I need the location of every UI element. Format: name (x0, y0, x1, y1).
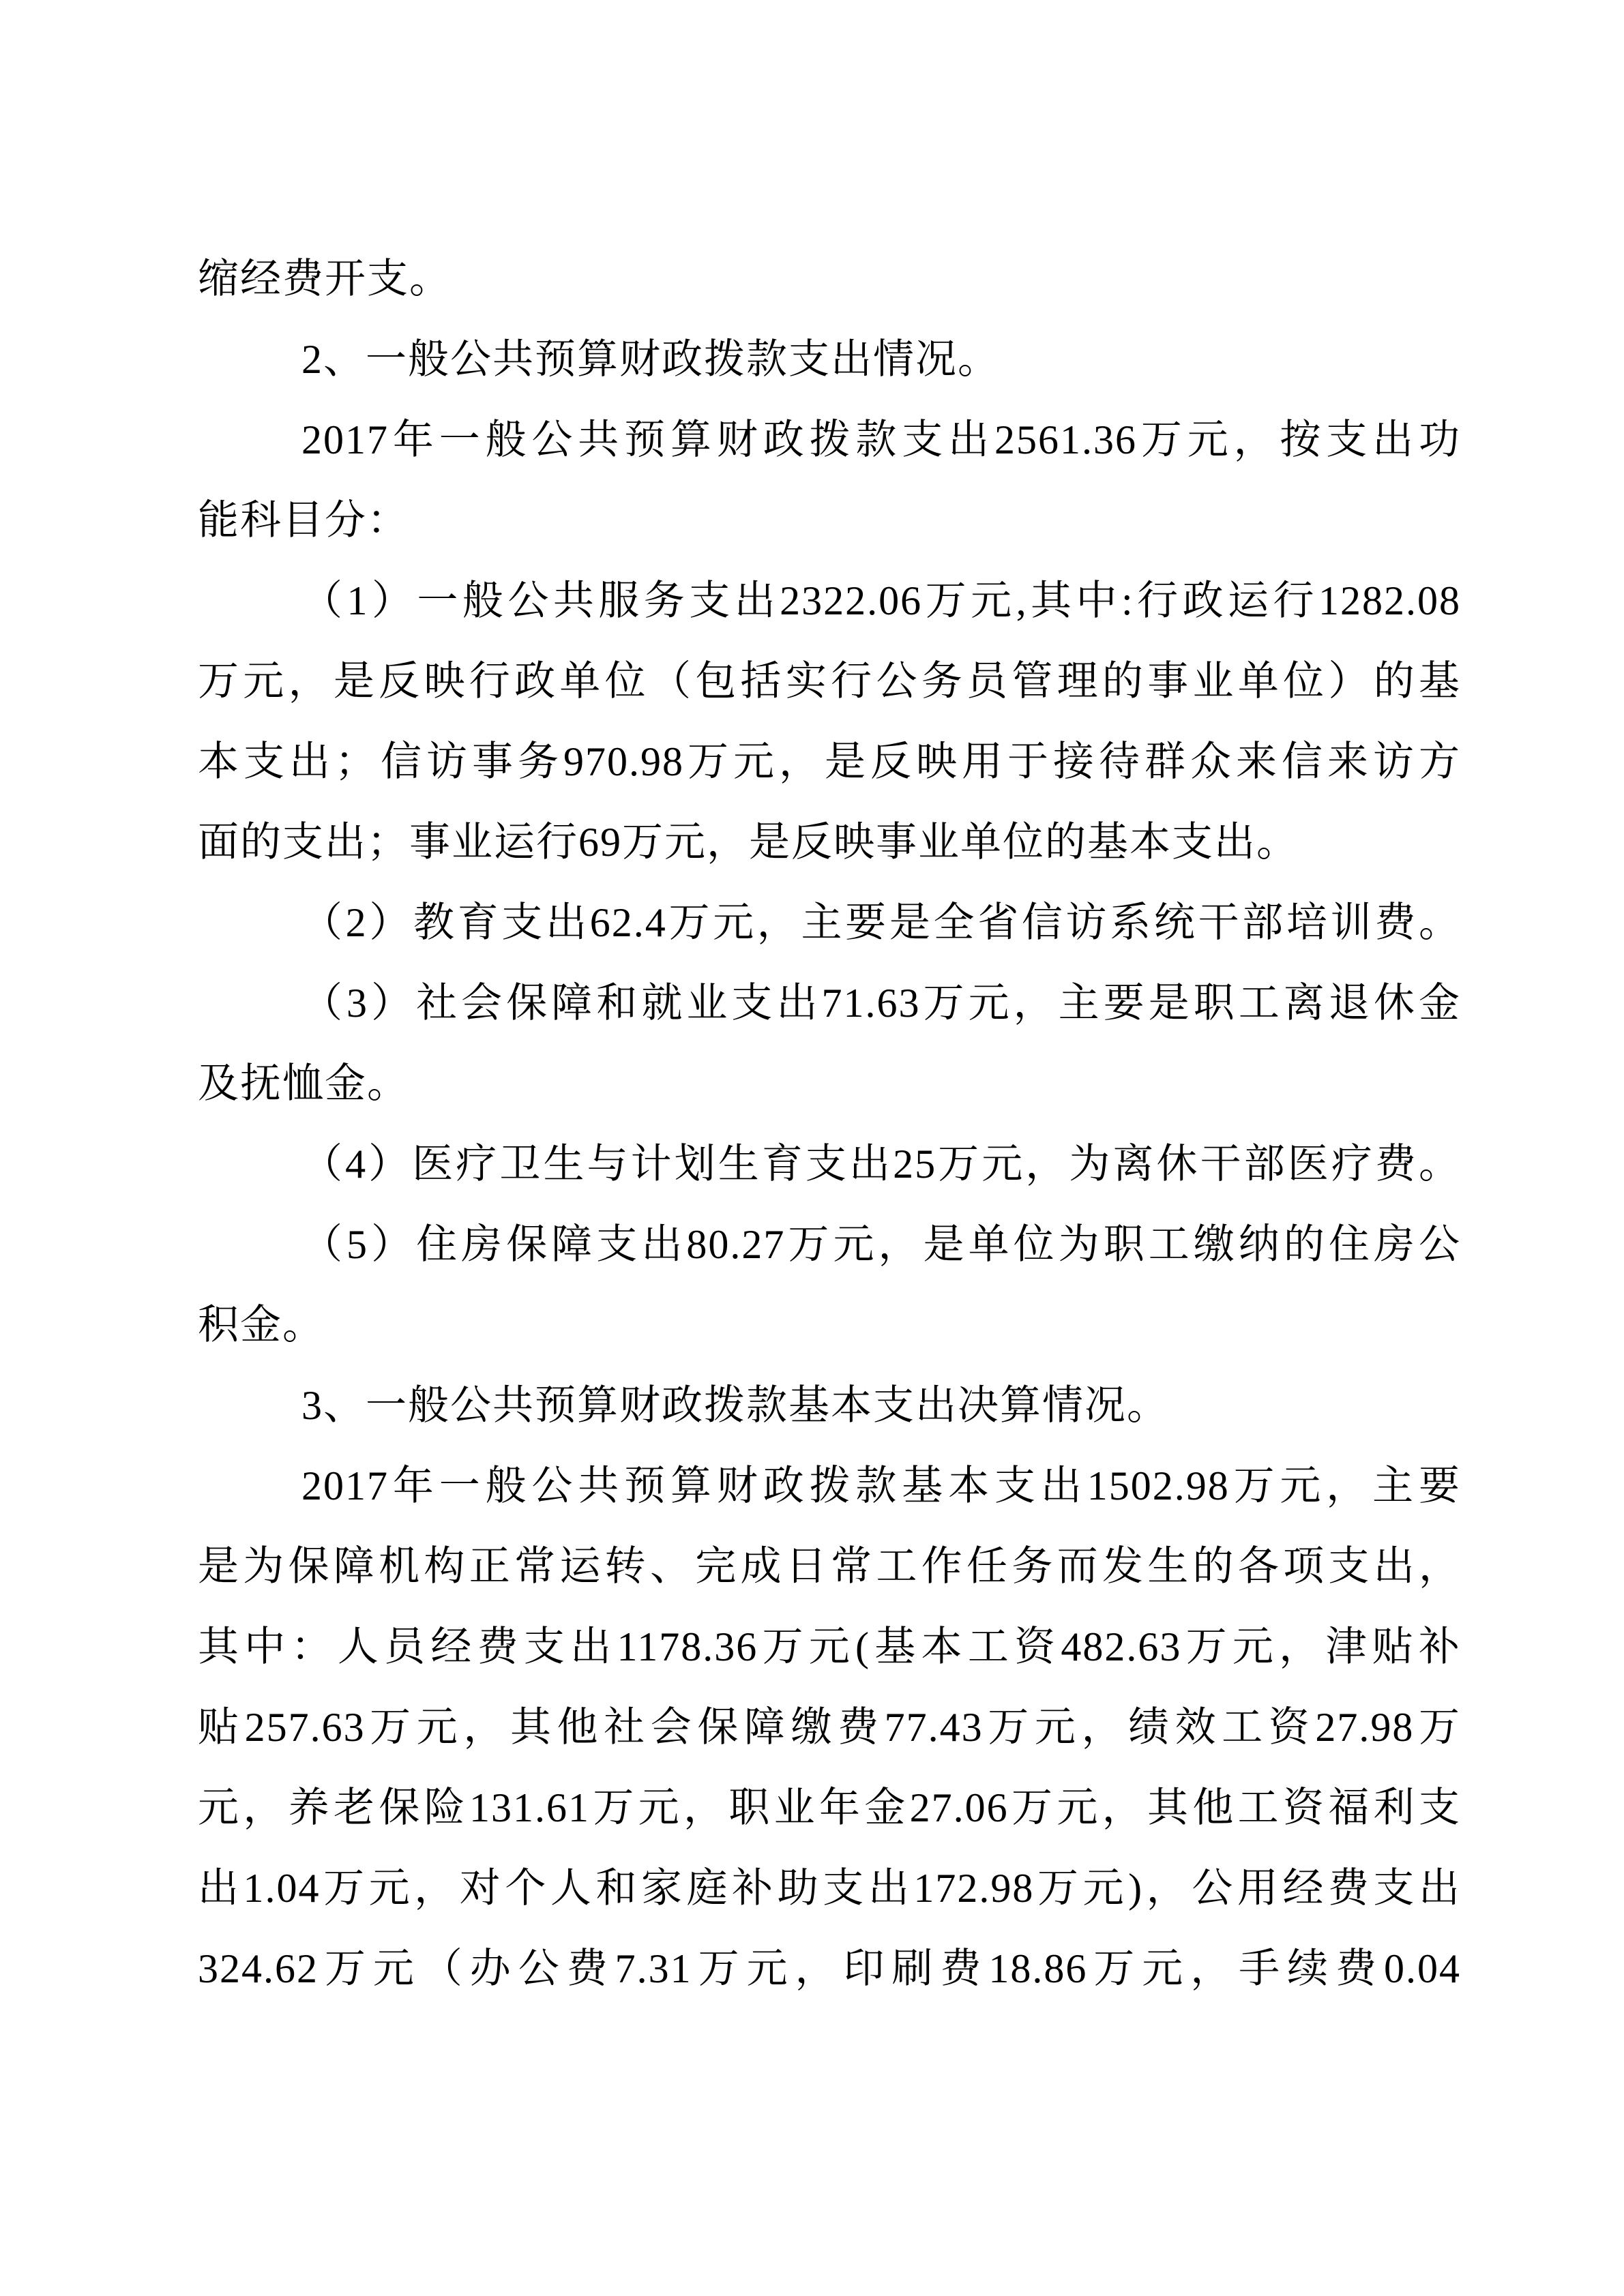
text-line: 2、一般公共预算财政拨款支出情况。 (198, 319, 1461, 400)
text-block: 缩经费开支。 2、一般公共预算财政拨款支出情况。 2017年一般公共预算财政拨款… (198, 239, 1461, 2009)
text-line: 万元，是反映行政单位（包括实行公务员管理的事业单位）的基 (198, 641, 1461, 721)
text-line: 元，养老保险131.61万元，职业年金27.06万元，其他工资福利支 (198, 1768, 1461, 1848)
text-line: 贴257.63万元，其他社会保障缴费77.43万元，绩效工资27.98万 (198, 1687, 1461, 1768)
text-line: 本支出；信访事务970.98万元，是反映用于接待群众来信来访方 (198, 721, 1461, 802)
text-line: 出1.04万元，对个人和家庭补助支出172.98万元)，公用经费支出 (198, 1848, 1461, 1928)
text-line: 2017年一般公共预算财政拨款支出2561.36万元，按支出功 (198, 400, 1461, 480)
text-line: （5）住房保障支出80.27万元，是单位为职工缴纳的住房公 (198, 1204, 1461, 1285)
text-line: 324.62万元（办公费7.31万元，印刷费18.86万元，手续费0.04 (198, 1928, 1461, 2009)
text-line: 能科目分： (198, 480, 1461, 561)
text-line: 是为保障机构正常运转、完成日常工作任务而发生的各项支出， (198, 1526, 1461, 1607)
text-line: （1）一般公共服务支出2322.06万元,其中:行政运行1282.08 (198, 561, 1461, 641)
text-line: （4）医疗卫生与计划生育支出25万元，为离休干部医疗费。 (198, 1124, 1461, 1204)
text-line: 其中：人员经费支出1178.36万元(基本工资482.63万元，津贴补 (198, 1607, 1461, 1687)
text-line: 积金。 (198, 1285, 1461, 1365)
text-line: 面的支出；事业运行69万元，是反映事业单位的基本支出。 (198, 802, 1461, 882)
text-line: （2）教育支出62.4万元，主要是全省信访系统干部培训费。 (198, 882, 1461, 963)
text-line: 2017年一般公共预算财政拨款基本支出1502.98万元，主要 (198, 1446, 1461, 1526)
text-line: 3、一般公共预算财政拨款基本支出决算情况。 (198, 1365, 1461, 1446)
text-line: （3）社会保障和就业支出71.63万元，主要是职工离退休金 (198, 963, 1461, 1043)
text-line: 缩经费开支。 (198, 239, 1461, 319)
text-line: 及抚恤金。 (198, 1043, 1461, 1124)
document-page: 缩经费开支。 2、一般公共预算财政拨款支出情况。 2017年一般公共预算财政拨款… (0, 0, 1624, 2296)
